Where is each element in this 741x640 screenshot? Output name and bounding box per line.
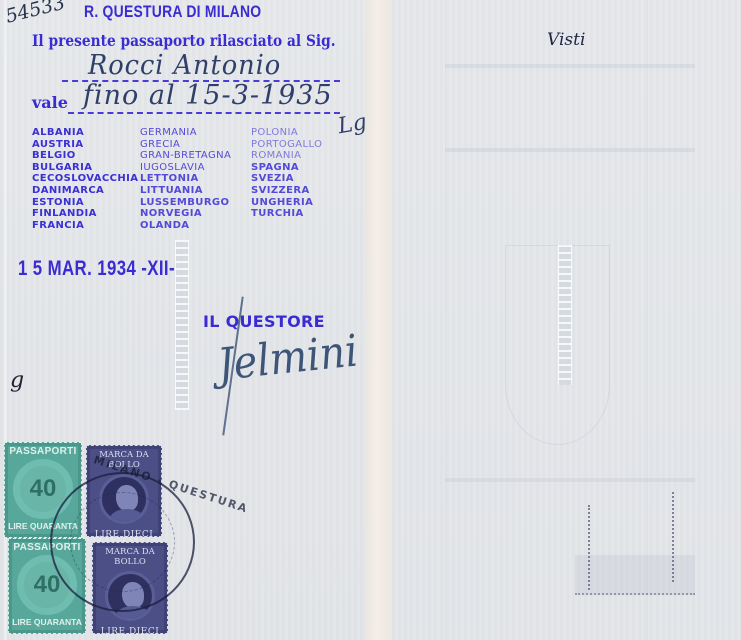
country-item: GRECIA bbox=[140, 139, 231, 151]
country-item: LETTONIA bbox=[140, 173, 231, 185]
faint-visa-stamp bbox=[575, 555, 695, 595]
country-item: SVEZIA bbox=[251, 173, 322, 185]
stamp-bottom-label: LIRE QUARANTA bbox=[9, 617, 85, 627]
country-item: NORVEGIA bbox=[140, 208, 231, 220]
country-item: GERMANIA bbox=[140, 127, 231, 139]
country-item: FINLANDIA bbox=[32, 208, 138, 220]
questore-label: IL QUESTORE bbox=[203, 312, 325, 331]
center-fold bbox=[365, 0, 395, 640]
stamp-top-label: MARCA DA BOLLO bbox=[93, 547, 167, 567]
country-item: LUSSEMBURGO bbox=[140, 197, 231, 209]
country-item: SVIZZERA bbox=[251, 185, 322, 197]
initial-mark: Lg bbox=[336, 110, 369, 140]
stamp-top-label: PASSAPORTI bbox=[9, 542, 85, 553]
passaporti-stamp: PASSAPORTI 40 LIRE QUARANTA bbox=[8, 538, 86, 634]
country-item: LITTUANIA bbox=[140, 185, 231, 197]
stamp-bottom-label: LIRE QUARANTA bbox=[5, 521, 81, 531]
holder-name: Rocci Antonio bbox=[88, 50, 281, 81]
country-item: POLONIA bbox=[251, 127, 322, 139]
side-mark: g bbox=[10, 368, 24, 393]
passaporti-stamp: PASSAPORTI 40 LIRE QUARANTA bbox=[4, 442, 82, 538]
country-item: ALBANIA bbox=[32, 127, 138, 139]
fasces-watermark-icon bbox=[175, 240, 189, 410]
king-portrait-icon bbox=[105, 571, 155, 621]
country-list-col3: POLONIA PORTOGALLO ROMANIA SPAGNA SVEZIA… bbox=[251, 127, 322, 220]
country-item: UNGHERIA bbox=[251, 197, 322, 209]
visas-title: Visti bbox=[547, 30, 585, 50]
validity-underline bbox=[68, 112, 340, 114]
country-item: BELGIO bbox=[32, 150, 138, 162]
marca-da-bollo-stamp: MARCA DA BOLLO LIRE DIECI bbox=[92, 542, 168, 634]
stamp-value: 40 bbox=[30, 475, 57, 503]
country-item: ROMANIA bbox=[251, 150, 322, 162]
guide-band bbox=[445, 64, 695, 68]
stamp-ring: 40 bbox=[17, 555, 77, 615]
country-item: DANIMARCA bbox=[32, 185, 138, 197]
country-item: BULGARIA bbox=[32, 162, 138, 174]
country-item: AUSTRIA bbox=[32, 139, 138, 151]
valid-label: vale bbox=[32, 93, 68, 112]
stamp-bottom-label: LIRE DIECI bbox=[87, 530, 161, 540]
country-item: ESTONIA bbox=[32, 197, 138, 209]
country-item: TURCHIA bbox=[251, 208, 322, 220]
country-item: OLANDA bbox=[140, 220, 231, 232]
country-item: CECOSLOVACCHIA bbox=[32, 173, 138, 185]
country-list-col2: GERMANIA GRECIA GRAN-BRETAGNA IUGOSLAVIA… bbox=[140, 127, 231, 231]
country-item: PORTOGALLO bbox=[251, 139, 322, 151]
guide-band bbox=[445, 148, 695, 152]
stamp-value: 40 bbox=[34, 571, 61, 599]
guide-line bbox=[445, 0, 446, 640]
stamp-top-label: PASSAPORTI bbox=[5, 446, 81, 457]
country-item: FRANCIA bbox=[32, 220, 138, 232]
stamp-ring: 40 bbox=[13, 459, 73, 519]
guide-band bbox=[445, 478, 695, 482]
issued-to-line: Il presente passaporto rilasciato al Sig… bbox=[32, 31, 336, 50]
guide-line bbox=[647, 0, 648, 640]
country-item: IUGOSLAVIA bbox=[140, 162, 231, 174]
issuing-office-header: R. QUESTURA DI MILANO bbox=[84, 2, 261, 22]
valid-until: fino al 15-3-1935 bbox=[83, 80, 333, 111]
stamp-bottom-label: LIRE DIECI bbox=[93, 627, 167, 637]
country-item: SPAGNA bbox=[251, 162, 322, 174]
fasces-watermark-icon bbox=[558, 245, 572, 385]
issue-date-stamp: 1 5 MAR. 1934 -XII- bbox=[18, 257, 175, 281]
country-list-col1: ALBANIA AUSTRIA BELGIO BULGARIA CECOSLOV… bbox=[32, 127, 138, 231]
country-item: GRAN-BRETAGNA bbox=[140, 150, 231, 162]
